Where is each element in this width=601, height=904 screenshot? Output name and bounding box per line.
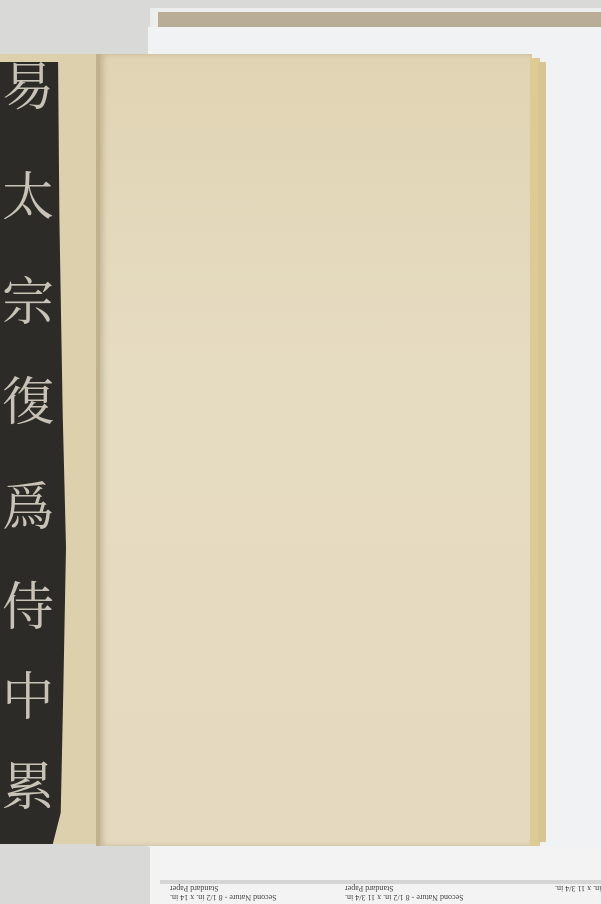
right-blank-page	[100, 54, 532, 846]
background-cardboard-strip	[158, 12, 601, 27]
page-edge-stack	[538, 62, 546, 842]
rubbing-character: 累	[2, 762, 54, 814]
rubbing-character: 易	[2, 62, 54, 114]
paper-label-2: Second Nature - 8 1/2 in. x 11 3/4 in. S…	[345, 884, 464, 902]
ink-rubbing-strip: 易 太 宗 復 爲 侍 中 累	[0, 62, 66, 844]
rubbing-character: 侍	[2, 582, 54, 634]
rubbing-character: 太	[2, 172, 54, 224]
paper-label-1: Second Nature - 8 1/2 in. x 14 in. Stand…	[170, 884, 277, 902]
rubbing-character: 宗	[2, 277, 54, 329]
rubbing-character: 中	[2, 672, 54, 724]
rubbing-character: 復	[2, 377, 54, 429]
rubbing-character: 爲	[2, 482, 54, 534]
paper-label-3: in. x 11 3/4 in.	[555, 884, 601, 893]
